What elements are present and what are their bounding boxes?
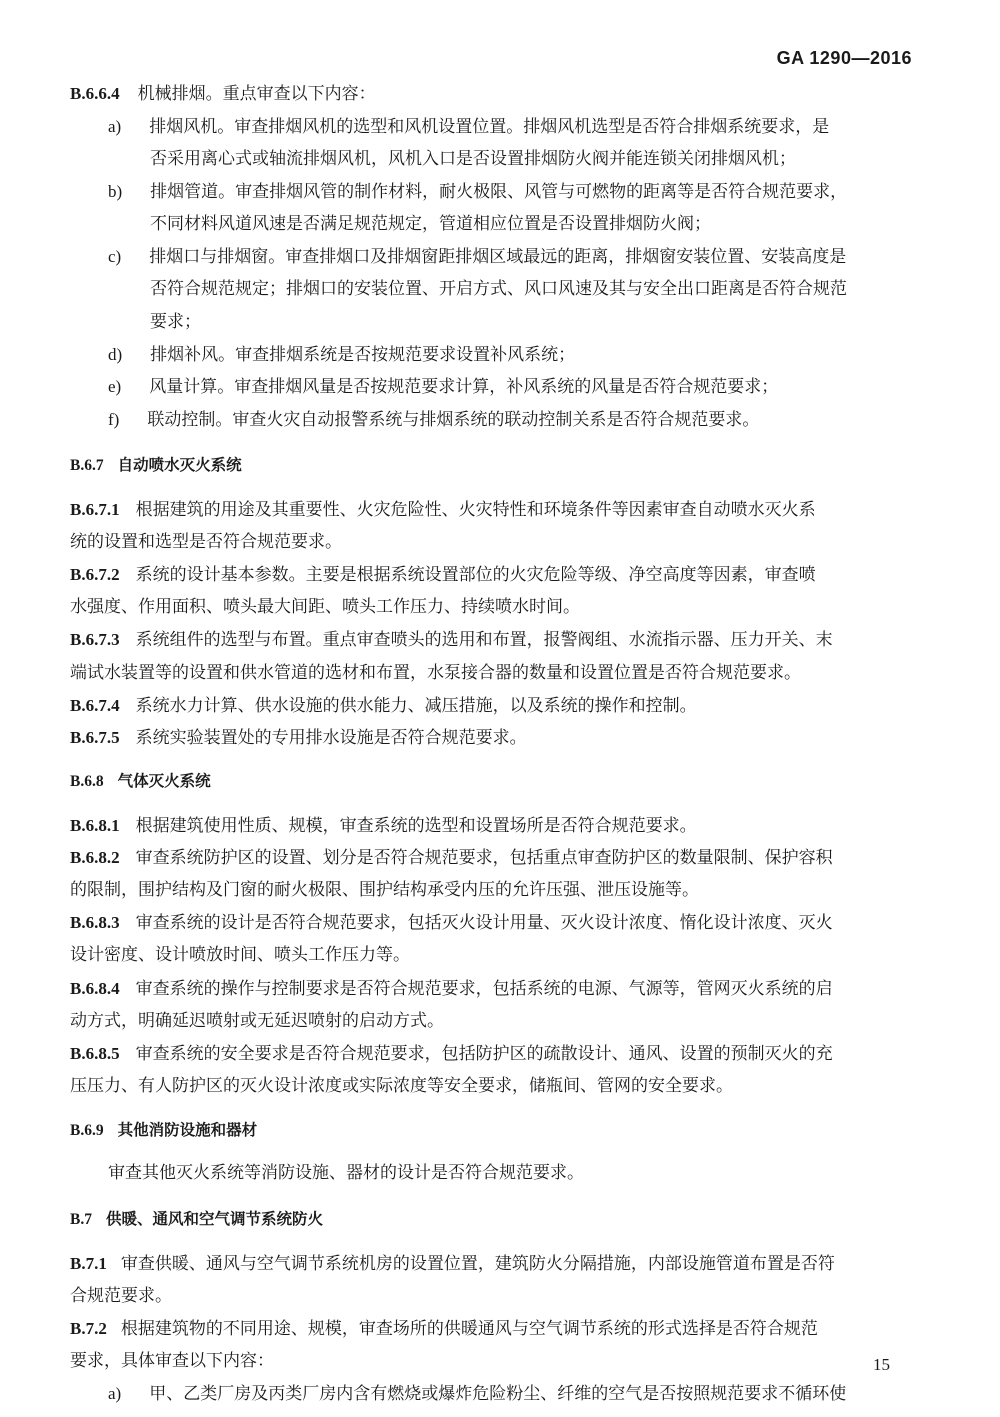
- line-text: 否符合规范规定；排烟口的安装位置、开启方式、风口风速及其与安全出口距离是否符合规…: [150, 279, 847, 299]
- item-label: a): [108, 1384, 121, 1403]
- line-text: 统的设置和选型是否符合规范要求。: [70, 532, 342, 552]
- clause-number: B.7: [70, 1211, 92, 1228]
- line-text: 系统实验装置处的专用排水设施是否符合规范要求。: [136, 728, 527, 748]
- list-item: e)风量计算。审查排烟风量是否按规范要求计算，补风系统的风量是否符合规范要求；: [108, 376, 778, 398]
- paragraph-line: 要求，具体审查以下内容：: [70, 1350, 274, 1372]
- paragraph-line: 压压力、有人防护区的灭火设计浓度或实际浓度等安全要求，储瓶间、管网的安全要求。: [70, 1075, 733, 1097]
- list-item: d)排烟补风。审查排烟系统是否按规范要求设置补风系统；: [108, 344, 575, 366]
- line-text: 不同材料风道风速是否满足规范规定，管道相应位置是否设置排烟防火阀；: [150, 214, 711, 234]
- clause-number: B.6.8.2: [70, 848, 120, 867]
- paragraph-line: 统的设置和选型是否符合规范要求。: [70, 531, 342, 553]
- clause-number: B.6.8.4: [70, 979, 120, 998]
- line-text: 联动控制。审查火灾自动报警系统与排烟系统的联动控制关系是否符合规范要求。: [147, 410, 759, 430]
- line-text: 压压力、有人防护区的灭火设计浓度或实际浓度等安全要求，储瓶间、管网的安全要求。: [70, 1076, 733, 1096]
- line-text: 设计密度、设计喷放时间、喷头工作压力等。: [70, 945, 410, 965]
- line-text: 审查系统的安全要求是否符合规范要求，包括防护区的疏散设计、通风、设置的预制灭火的…: [136, 1044, 833, 1064]
- line-text: 的限制，围护结构及门窗的耐火极限、围护结构承受内压的允许压强、泄压设施等。: [70, 880, 699, 900]
- list-item: c)排烟口与排烟窗。审查排烟口及排烟窗距排烟区域最远的距离，排烟窗安装位置、安装…: [108, 246, 846, 268]
- paragraph-line: 不同材料风道风速是否满足规范规定，管道相应位置是否设置排烟防火阀；: [150, 213, 711, 235]
- line-text: 供暖、通风和空气调节系统防火: [106, 1210, 323, 1228]
- line-text: 水强度、作用面积、喷头最大间距、喷头工作压力、持续喷水时间。: [70, 597, 580, 617]
- item-label: b): [108, 182, 122, 201]
- section-heading: B.6.7自动喷水灭火系统: [70, 454, 242, 477]
- line-text: 自动喷水灭火系统: [118, 456, 242, 474]
- clause-number: B.6.7.3: [70, 630, 120, 649]
- line-text: 根据建筑的用途及其重要性、火灾危险性、火灾特性和环境条件等因素审查自动喷水灭火系: [136, 500, 816, 520]
- section-heading: B.6.9其他消防设施和器材: [70, 1119, 257, 1142]
- paragraph-line: 的限制，围护结构及门窗的耐火极限、围护结构承受内压的允许压强、泄压设施等。: [70, 879, 699, 901]
- paragraph-line: 否采用离心式或轴流排烟风机，风机入口是否设置排烟防火阀并能连锁关闭排烟风机；: [150, 148, 796, 170]
- paragraph-line: 动方式，明确延迟喷射或无延迟喷射的启动方式。: [70, 1010, 444, 1032]
- paragraph-line: B.6.8.1根据建筑使用性质、规模，审查系统的选型和设置场所是否符合规范要求。: [70, 815, 697, 837]
- line-text: 排烟口与排烟窗。审查排烟口及排烟窗距排烟区域最远的距离，排烟窗安装位置、安装高度…: [149, 247, 846, 267]
- line-text: 排烟管道。审查排烟风管的制作材料，耐火极限、风管与可燃物的距离等是否符合规范要求…: [150, 182, 847, 202]
- item-label: a): [108, 117, 121, 136]
- clause-number: B.6.7: [70, 457, 104, 474]
- line-text: 合规范要求。: [70, 1286, 172, 1306]
- line-text: 审查供暖、通风与空气调节系统机房的设置位置，建筑防火分隔措施，内部设施管道布置是…: [121, 1254, 835, 1274]
- line-text: 根据建筑物的不同用途、规模，审查场所的供暖通风与空气调节系统的形式选择是否符合规…: [121, 1319, 818, 1339]
- item-label: e): [108, 377, 121, 396]
- standard-code: GA 1290—2016: [777, 48, 912, 69]
- line-text: 排烟补风。审查排烟系统是否按规范要求设置补风系统；: [150, 345, 575, 365]
- clause-number: B.6.7.2: [70, 565, 120, 584]
- line-text: 系统组件的选型与布置。重点审查喷头的选用和布置，报警阀组、水流指示器、压力开关、…: [136, 630, 833, 650]
- clause-number: B.6.7.1: [70, 500, 120, 519]
- clause-number: B.6.7.5: [70, 728, 120, 747]
- paragraph-line: 合规范要求。: [70, 1285, 172, 1307]
- list-item: f)联动控制。审查火灾自动报警系统与排烟系统的联动控制关系是否符合规范要求。: [108, 409, 759, 431]
- paragraph-line: B.6.7.2系统的设计基本参数。主要是根据系统设置部位的火灾危险等级、净空高度…: [70, 564, 816, 586]
- line-text: 甲、乙类厂房及丙类厂房内含有燃烧或爆炸危险粉尘、纤维的空气是否按照规范要求不循环…: [149, 1384, 846, 1404]
- clause-number: B.6.6.4: [70, 84, 120, 103]
- list-item: b)排烟管道。审查排烟风管的制作材料，耐火极限、风管与可燃物的距离等是否符合规范…: [108, 181, 847, 203]
- paragraph-line: B.6.6.4机械排烟。重点审查以下内容：: [70, 83, 376, 105]
- line-text: 气体灭火系统: [118, 772, 211, 790]
- clause-number: B.6.9: [70, 1122, 104, 1139]
- section-heading: B.6.8气体灭火系统: [70, 770, 211, 793]
- paragraph-line: B.6.7.3系统组件的选型与布置。重点审查喷头的选用和布置，报警阀组、水流指示…: [70, 629, 833, 651]
- line-text: 排烟风机。审查排烟风机的选型和风机设置位置。排烟风机选型是否符合排烟系统要求，是: [149, 117, 829, 137]
- section-heading: B.7供暖、通风和空气调节系统防火: [70, 1208, 323, 1231]
- page-number: 15: [873, 1355, 890, 1375]
- paragraph-line: 审查其他灭火系统等消防设施、器材的设计是否符合规范要求。: [108, 1162, 584, 1184]
- paragraph-line: 水强度、作用面积、喷头最大间距、喷头工作压力、持续喷水时间。: [70, 596, 580, 618]
- paragraph-line: B.6.8.4审查系统的操作与控制要求是否符合规范要求，包括系统的电源、气源等，…: [70, 978, 833, 1000]
- line-text: 根据建筑使用性质、规模，审查系统的选型和设置场所是否符合规范要求。: [136, 816, 697, 836]
- list-item: a)甲、乙类厂房及丙类厂房内含有燃烧或爆炸危险粉尘、纤维的空气是否按照规范要求不…: [108, 1383, 846, 1405]
- line-text: 否采用离心式或轴流排烟风机，风机入口是否设置排烟防火阀并能连锁关闭排烟风机；: [150, 149, 796, 169]
- clause-number: B.6.8.1: [70, 816, 120, 835]
- clause-number: B.6.8: [70, 773, 104, 790]
- line-text: 系统水力计算、供水设施的供水能力、减压措施，以及系统的操作和控制。: [136, 696, 697, 716]
- paragraph-line: 端试水装置等的设置和供水管道的选材和布置，水泵接合器的数量和设置位置是否符合规范…: [70, 662, 801, 684]
- line-text: 审查其他灭火系统等消防设施、器材的设计是否符合规范要求。: [108, 1163, 584, 1183]
- item-label: d): [108, 345, 122, 364]
- line-text: 风量计算。审查排烟风量是否按规范要求计算，补风系统的风量是否符合规范要求；: [149, 377, 778, 397]
- paragraph-line: B.6.7.1根据建筑的用途及其重要性、火灾危险性、火灾特性和环境条件等因素审查…: [70, 499, 816, 521]
- list-item: a)排烟风机。审查排烟风机的选型和风机设置位置。排烟风机选型是否符合排烟系统要求…: [108, 116, 829, 138]
- paragraph-line: B.6.8.2审查系统防护区的设置、划分是否符合规范要求，包括重点审查防护区的数…: [70, 847, 833, 869]
- paragraph-line: 要求；: [150, 311, 201, 333]
- line-text: 审查系统的操作与控制要求是否符合规范要求，包括系统的电源、气源等，管网灭火系统的…: [136, 979, 833, 999]
- line-text: 系统的设计基本参数。主要是根据系统设置部位的火灾危险等级、净空高度等因素，审查喷: [136, 565, 816, 585]
- clause-number: B.6.7.4: [70, 696, 120, 715]
- paragraph-line: B.6.7.4系统水力计算、供水设施的供水能力、减压措施，以及系统的操作和控制。: [70, 695, 697, 717]
- item-label: c): [108, 247, 121, 266]
- paragraph-line: B.7.1审查供暖、通风与空气调节系统机房的设置位置，建筑防火分隔措施，内部设施…: [70, 1253, 835, 1275]
- paragraph-line: 否符合规范规定；排烟口的安装位置、开启方式、风口风速及其与安全出口距离是否符合规…: [150, 278, 847, 300]
- paragraph-line: 设计密度、设计喷放时间、喷头工作压力等。: [70, 944, 410, 966]
- line-text: 要求，具体审查以下内容：: [70, 1351, 274, 1371]
- line-text: 机械排烟。重点审查以下内容：: [138, 84, 376, 104]
- clause-number: B.6.8.3: [70, 913, 120, 932]
- clause-number: B.6.8.5: [70, 1044, 120, 1063]
- clause-number: B.7.2: [70, 1319, 107, 1338]
- line-text: 其他消防设施和器材: [118, 1121, 258, 1139]
- item-label: f): [108, 410, 119, 429]
- paragraph-line: B.6.8.5审查系统的安全要求是否符合规范要求，包括防护区的疏散设计、通风、设…: [70, 1043, 833, 1065]
- line-text: 要求；: [150, 312, 201, 332]
- line-text: 审查系统防护区的设置、划分是否符合规范要求，包括重点审查防护区的数量限制、保护容…: [136, 848, 833, 868]
- line-text: 审查系统的设计是否符合规范要求，包括灭火设计用量、灭火设计浓度、惰化设计浓度、灭…: [136, 913, 833, 933]
- paragraph-line: B.6.8.3审查系统的设计是否符合规范要求，包括灭火设计用量、灭火设计浓度、惰…: [70, 912, 833, 934]
- line-text: 端试水装置等的设置和供水管道的选材和布置，水泵接合器的数量和设置位置是否符合规范…: [70, 663, 801, 683]
- line-text: 动方式，明确延迟喷射或无延迟喷射的启动方式。: [70, 1011, 444, 1031]
- paragraph-line: B.7.2根据建筑物的不同用途、规模，审查场所的供暖通风与空气调节系统的形式选择…: [70, 1318, 818, 1340]
- paragraph-line: B.6.7.5系统实验装置处的专用排水设施是否符合规范要求。: [70, 727, 527, 749]
- clause-number: B.7.1: [70, 1254, 107, 1273]
